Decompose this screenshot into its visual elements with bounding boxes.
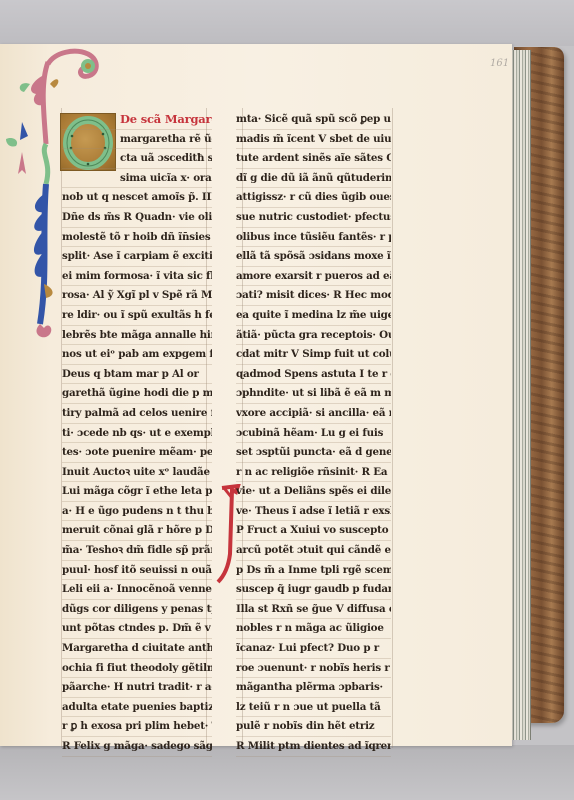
folio-number: 161 bbox=[490, 58, 509, 69]
text-line: R Milit ptm dientes ad ĩqren ei bbox=[236, 737, 391, 757]
text-line: ei mim formosa· ĩ vita sic flouiit ut bbox=[62, 267, 212, 287]
text-line: lebrẽs bte mãga annalle hinl bbox=[62, 326, 212, 346]
text-line: margaretha rẽ ũgo le bbox=[62, 130, 212, 150]
text-line: amore exarsit r pueros ad eã bbox=[236, 267, 391, 287]
text-line: Dñe ds m̃s R Quadn· vie olibu bbox=[62, 208, 212, 228]
text-line: Inuit Auctoꝛ uite xᵒ laudãe venite bbox=[62, 463, 212, 483]
ruling-line bbox=[392, 108, 393, 748]
text-line: dũgs cor diligens y penas tp̃les tẽ bbox=[62, 600, 212, 620]
text-line: ĩcanaz· Lui pfect? Duo p r bbox=[236, 639, 391, 659]
text-line: r n ac religiõe rñsinit· R Ea dy bbox=[236, 463, 391, 483]
text-line: puul· hosf itõ seuissi n ouãs e ẽ p bbox=[62, 561, 212, 581]
text-line: a· H e ũgo pudens n t thu bõe a te bbox=[62, 502, 212, 522]
text-line: mta· Sicẽ quã spũ scõ ꝑep ui cõni bbox=[236, 110, 391, 130]
text-line: Deus q btam mar p Al or bbox=[62, 365, 212, 385]
text-line: Lui mãga cõgr ĩ ethe leta p Ven bbox=[62, 482, 212, 502]
text-line: m̃a· Teshoꝛ dm̃ fidle sp̃ prãns bbox=[62, 541, 212, 561]
text-line: roe ɔuenunt· r nobĩs heris r bbox=[236, 659, 391, 679]
text-line: Margaretha d ciuitate anthi bbox=[62, 639, 212, 659]
text-line: molestẽ tõ r hoib dñ ĩn̄sies ui su illã bbox=[62, 228, 212, 248]
text-line: ti· ɔcede nb qs· ut e exempla sec bbox=[62, 424, 212, 444]
text-line: rosa· Al ỹ Xgĩ pl v Spẽ rã Magna bbox=[62, 286, 212, 306]
background-top bbox=[0, 0, 574, 46]
text-line: ãtiã· pũcta gra receptois· Oues pe bbox=[236, 326, 391, 346]
text-line: ɋadmod Spens astuta I te r eã bbox=[236, 365, 391, 385]
rubric-heading: De scã Margarẽth bbox=[62, 110, 212, 130]
column-right: mta· Sicẽ quã spũ scõ ꝑep ui cõni madis … bbox=[236, 110, 391, 757]
text-line: p Ds m̃ a Inme tpli rgẽ scem mĩaz bbox=[236, 561, 391, 581]
text-line: ɔcubinã hẽam· Lu g ei fuis bbox=[236, 424, 391, 444]
text-line: sue nutric custodiet· pfectus bbox=[236, 208, 391, 228]
text-line: vie· ut a Deliãns spẽs ei diles eã bbox=[236, 482, 391, 502]
text-line: r ꝑ h exosa pri plim hebet· T bbox=[62, 717, 212, 737]
text-line: sima uicĩa x· ora pro bbox=[62, 169, 212, 189]
text-line: unt põtas ctndes p. Dm̃ ẽ v Spe bbox=[62, 619, 212, 639]
text-line: madis m̃ ĩcent V sbet de uiute ĩ v bbox=[236, 130, 391, 150]
text-line: lz teiũ r n ɔue ut puella tã bbox=[236, 698, 391, 718]
text-line: ve· Theus ĩ adse ĩ letiã r exsltare bbox=[236, 502, 391, 522]
text-line: split· Ase ĩ carpiam ẽ excitit V Erat bbox=[62, 247, 212, 267]
text-line: olibus ince tũsiẽu fantẽs· r pu bbox=[236, 228, 391, 248]
text-line: nos ut eiᵒ pab am expgem frab bbox=[62, 345, 212, 365]
text-line: tute ardent sinẽs aĩe sãtes Qua bbox=[236, 149, 391, 169]
text-line: ellã tã spõsã ɔsidans moxe ĩ ei bbox=[236, 247, 391, 267]
text-line: cdat mitr V Simp fuit ut columba bbox=[236, 345, 391, 365]
text-line: set ɔsptũi puncta· eã d genes so bbox=[236, 443, 391, 463]
text-line: P Fruct a Xuiui vo suscepto illᵒ bbox=[236, 521, 391, 541]
text-line: suscep q̃ iugr gaudb p fudame bbox=[236, 580, 391, 600]
text-line: tes· ɔote puenire mẽam· per bbox=[62, 443, 212, 463]
text-line: R Felix g mãga· sadego sãgũe pge bbox=[62, 737, 212, 757]
text-line: Illa st Rxñ se g̃ue V diffusa e g bbox=[236, 600, 391, 620]
text-line: ea quite ĩ medina lz m̃e uiges pudi bbox=[236, 306, 391, 326]
text-line: cta uã ɔsceditħ suauis bbox=[62, 149, 212, 169]
text-line: tiry palmã ad celos uenire fecis bbox=[62, 404, 212, 424]
text-line: pãarche· H nutri tradit· r ad bbox=[62, 678, 212, 698]
text-line: attigissz· r cũ dies ũgib oues bbox=[236, 188, 391, 208]
text-line: adulta etate puenies baptiza bbox=[62, 698, 212, 718]
text-line: re ldir· ou ĩ spũ exultãs h festũ ce bbox=[62, 306, 212, 326]
text-line: ɔphndite· ut si libã ẽ eã m m bbox=[236, 384, 391, 404]
text-line: mãgantha plẽrma ɔpbaris· bbox=[236, 678, 391, 698]
text-line: garethã ũgine hodi die p ma bbox=[62, 384, 212, 404]
text-line: meruit cõnai glã r hõre p Do dõ bbox=[62, 521, 212, 541]
text-line: vxore accipiã· si ancilla· eã m bbox=[236, 404, 391, 424]
text-line: arcũ potẽt ɔtuit qui cãndẽ eã oend bbox=[236, 541, 391, 561]
text-line: Leli eii a· Innocẽnoã vennes· mu bbox=[62, 580, 212, 600]
text-line: nob ut q nescet amoĩs p̃. IIII cap bbox=[62, 188, 212, 208]
text-line: nobles r n mãga ac ũligioe bbox=[236, 619, 391, 639]
text-line: dĩ g die dũ iã ãnũ qũtuderim bbox=[236, 169, 391, 189]
column-left: De scã Margarẽth margaretha rẽ ũgo le ct… bbox=[62, 110, 212, 757]
text-line: ɔati? misit dices· R Hec modi bbox=[236, 286, 391, 306]
text-line: ochia fi fiut theodoly gẽtilmj bbox=[62, 659, 212, 679]
text-line: pulẽ r nobĩs din hẽt etriz bbox=[236, 717, 391, 737]
